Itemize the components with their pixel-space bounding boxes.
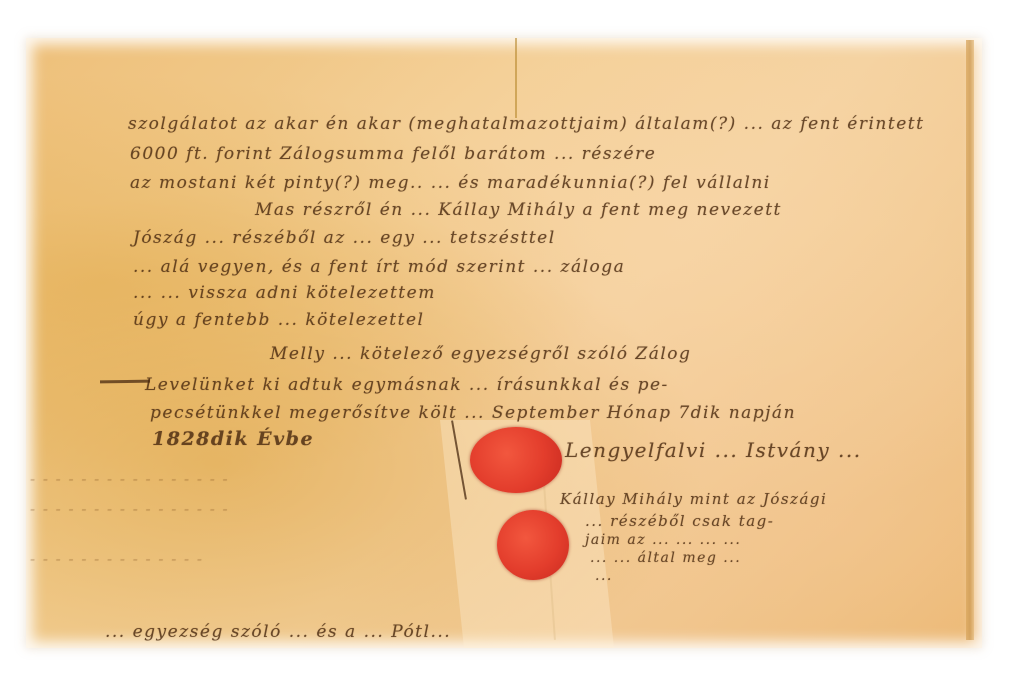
paper-edge xyxy=(966,40,974,640)
signature-2-line-4: ... ... által meg ... xyxy=(590,550,741,566)
manuscript-line-9: Melly ... kötelező egyezségről szóló Zál… xyxy=(270,344,691,364)
wax-seal-upper xyxy=(470,427,562,493)
signature-2-line-1: Kállay Mihály mint az Jószági xyxy=(560,490,827,508)
wax-seal-lower xyxy=(497,510,569,580)
paper-fold-top xyxy=(515,38,517,118)
manuscript-line-2: 6000 ft. forint Zálogsumma felől barátom… xyxy=(130,144,656,164)
manuscript-line-5: Jószág ... részéből az ... egy ... tetsz… xyxy=(133,228,556,248)
manuscript-line-7: ... ... vissza adni kötelezettem xyxy=(133,283,436,303)
manuscript-line-6: ... alá vegyen, és a fent írt mód szerin… xyxy=(133,257,625,277)
manuscript-line-4: Mas részről én ... Kállay Mihály a fent … xyxy=(255,200,782,220)
manuscript-bottom-line: ... egyezség szóló ... és a ... Pótl... xyxy=(105,622,451,642)
bleed-through-text: - - - - - - - - - - - - - - - - xyxy=(30,500,229,518)
signature-2-line-2: ... részéből csak tag- xyxy=(585,512,774,530)
manuscript-line-10: Levelünket ki adtuk egymásnak ... írásun… xyxy=(145,375,669,395)
bleed-through-text: - - - - - - - - - - - - - - xyxy=(30,550,203,568)
signature-2-line-3: jaim az ... ... ... ... xyxy=(585,532,741,548)
manuscript-line-3: az mostani két pinty(?) meg.. ... és mar… xyxy=(130,173,771,193)
bleed-through-text: - - - - - - - - - - - - - - - - xyxy=(30,470,229,488)
manuscript-line-1: szolgálatot az akar én akar (meghatalmaz… xyxy=(128,114,924,134)
signature-2-line-5: ... xyxy=(595,568,613,584)
signature-1: Lengyelfalvi ... Istvány ... xyxy=(565,438,862,462)
manuscript-date: 1828dik Évbe xyxy=(152,428,314,450)
manuscript-line-8: úgy a fentebb ... kötelezettel xyxy=(133,310,424,330)
manuscript-line-11: pecsétünkkel megerősítve költ ... Septem… xyxy=(150,403,796,423)
